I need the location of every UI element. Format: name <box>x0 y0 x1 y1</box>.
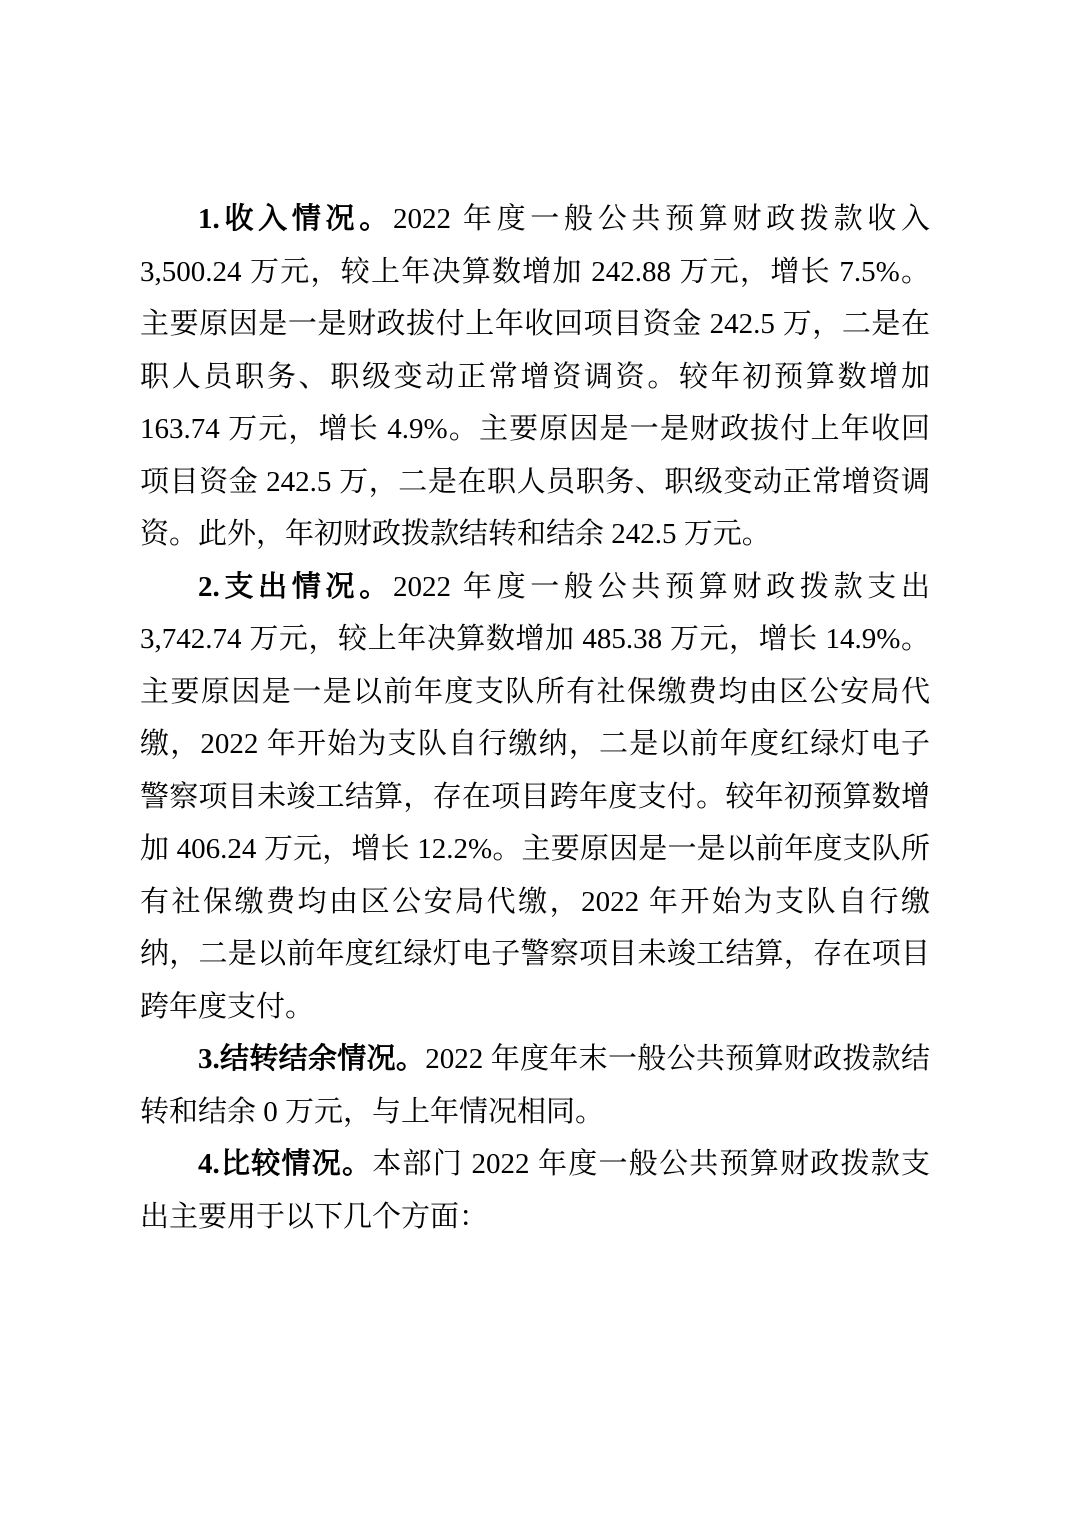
paragraph-heading: 2.支出情况。 <box>198 571 393 603</box>
document-page: 1.收入情况。2022 年度一般公共预算财政拨款收入 3,500.24 万元，较… <box>0 0 1074 1520</box>
paragraph-heading: 3.结转结余情况。 <box>198 1043 425 1075</box>
paragraph-comparison: 4.比较情况。本部门 2022 年度一般公共预算财政拨款支出主要用于以下几个方面… <box>140 1138 930 1243</box>
paragraph-heading: 1.收入情况。 <box>198 203 393 235</box>
paragraph-body: 2022 年度一般公共预算财政拨款支出 3,742.74 万元，较上年决算数增加… <box>140 571 930 1023</box>
paragraph-heading: 4.比较情况。 <box>198 1148 372 1180</box>
paragraph-carryover: 3.结转结余情况。2022 年度年末一般公共预算财政拨款结转和结余 0 万元，与… <box>140 1033 930 1138</box>
paragraph-body: 2022 年度一般公共预算财政拨款收入 3,500.24 万元，较上年决算数增加… <box>140 203 930 550</box>
paragraph-income: 1.收入情况。2022 年度一般公共预算财政拨款收入 3,500.24 万元，较… <box>140 193 930 561</box>
paragraph-expenditure: 2.支出情况。2022 年度一般公共预算财政拨款支出 3,742.74 万元，较… <box>140 561 930 1034</box>
